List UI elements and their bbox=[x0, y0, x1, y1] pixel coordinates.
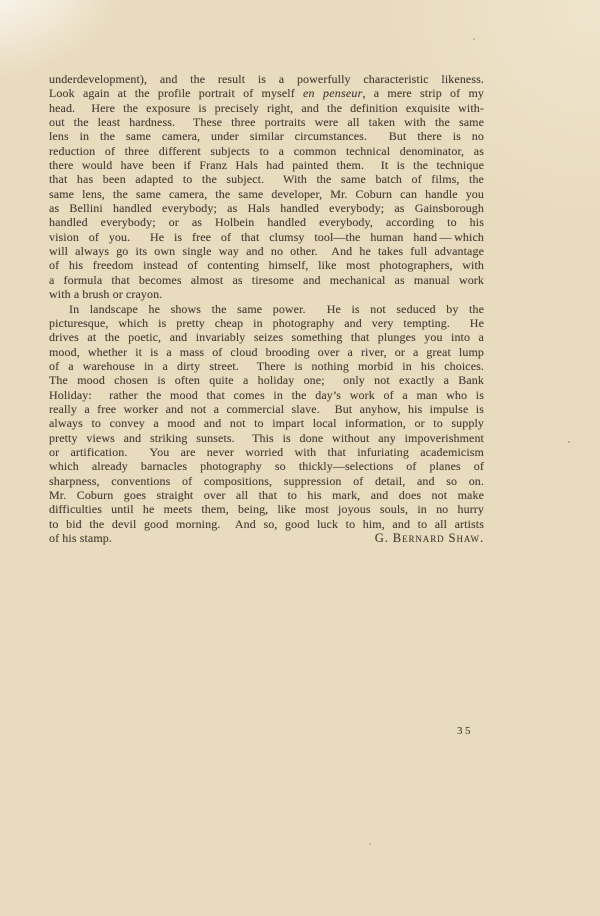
text-line: underdevelopment), and the result is a p… bbox=[49, 72, 484, 86]
text-line: which already barnacles photography so t… bbox=[49, 459, 484, 473]
text-line: The mood chosen is often quite a holiday… bbox=[49, 373, 484, 387]
text-line: of his freedom instead of contenting him… bbox=[49, 258, 484, 272]
text-line: Mr. Coburn goes straight over all that t… bbox=[49, 488, 484, 502]
text-line: mood, whether it is a mass of cloud broo… bbox=[49, 345, 484, 359]
text-line: head. Here the exposure is precisely rig… bbox=[49, 101, 484, 115]
text-line: of a warehouse in a dirty street. There … bbox=[49, 359, 484, 373]
text-line: In landscape he shows the same power. He… bbox=[49, 302, 484, 316]
text-line: sharpness, conventions of compositions, … bbox=[49, 474, 484, 488]
text-line: Look again at the profile portrait of my… bbox=[49, 86, 484, 100]
text-line: always to convey a mood and not to impar… bbox=[49, 416, 484, 430]
closing-line: of his stamp.G. Bernard Shaw. bbox=[49, 531, 484, 545]
dust-speck bbox=[568, 441, 570, 443]
text-line: same lens, the same camera, the same dev… bbox=[49, 187, 484, 201]
text-line: vision of you. He is free of that clumsy… bbox=[49, 230, 484, 244]
text-line: handled everybody; or as Holbein handled… bbox=[49, 215, 484, 229]
text-line: really a free worker and not a commercia… bbox=[49, 402, 484, 416]
closing-text: of his stamp. bbox=[49, 531, 112, 545]
text-line: Holiday: rather the mood that comes in t… bbox=[49, 388, 484, 402]
page-number: 35 bbox=[457, 725, 473, 737]
text-line: reduction of three different subjects to… bbox=[49, 144, 484, 158]
text-line: to bid the devil good morning. And so, g… bbox=[49, 517, 484, 531]
text-line: pretty views and striking sunsets. This … bbox=[49, 431, 484, 445]
text-line: as Bellini handled everybody; as Hals ha… bbox=[49, 201, 484, 215]
text-line: out the least hardness. These three port… bbox=[49, 115, 484, 129]
author-signature: G. Bernard Shaw. bbox=[375, 531, 484, 545]
text-line: or artification. You are never worried w… bbox=[49, 445, 484, 459]
text-line: difficulties until he meets them, being,… bbox=[49, 502, 484, 516]
text-line: with a brush or crayon. bbox=[49, 287, 484, 301]
book-page: underdevelopment), and the result is a p… bbox=[0, 0, 600, 916]
text-line: that has been adapted to the subject. Wi… bbox=[49, 172, 484, 186]
text-line: drives at the poetic, and invariably sei… bbox=[49, 330, 484, 344]
text-line: picturesque, which is pretty cheap in ph… bbox=[49, 316, 484, 330]
dust-speck bbox=[473, 38, 475, 40]
text-line: a formula that becomes almost as tiresom… bbox=[49, 273, 484, 287]
dust-speck bbox=[369, 843, 371, 845]
body-text: underdevelopment), and the result is a p… bbox=[49, 72, 484, 545]
text-line: lens in the same camera, under similar c… bbox=[49, 129, 484, 143]
text-line: will always go its own single way and no… bbox=[49, 244, 484, 258]
text-line: there would have been if Franz Hals had … bbox=[49, 158, 484, 172]
